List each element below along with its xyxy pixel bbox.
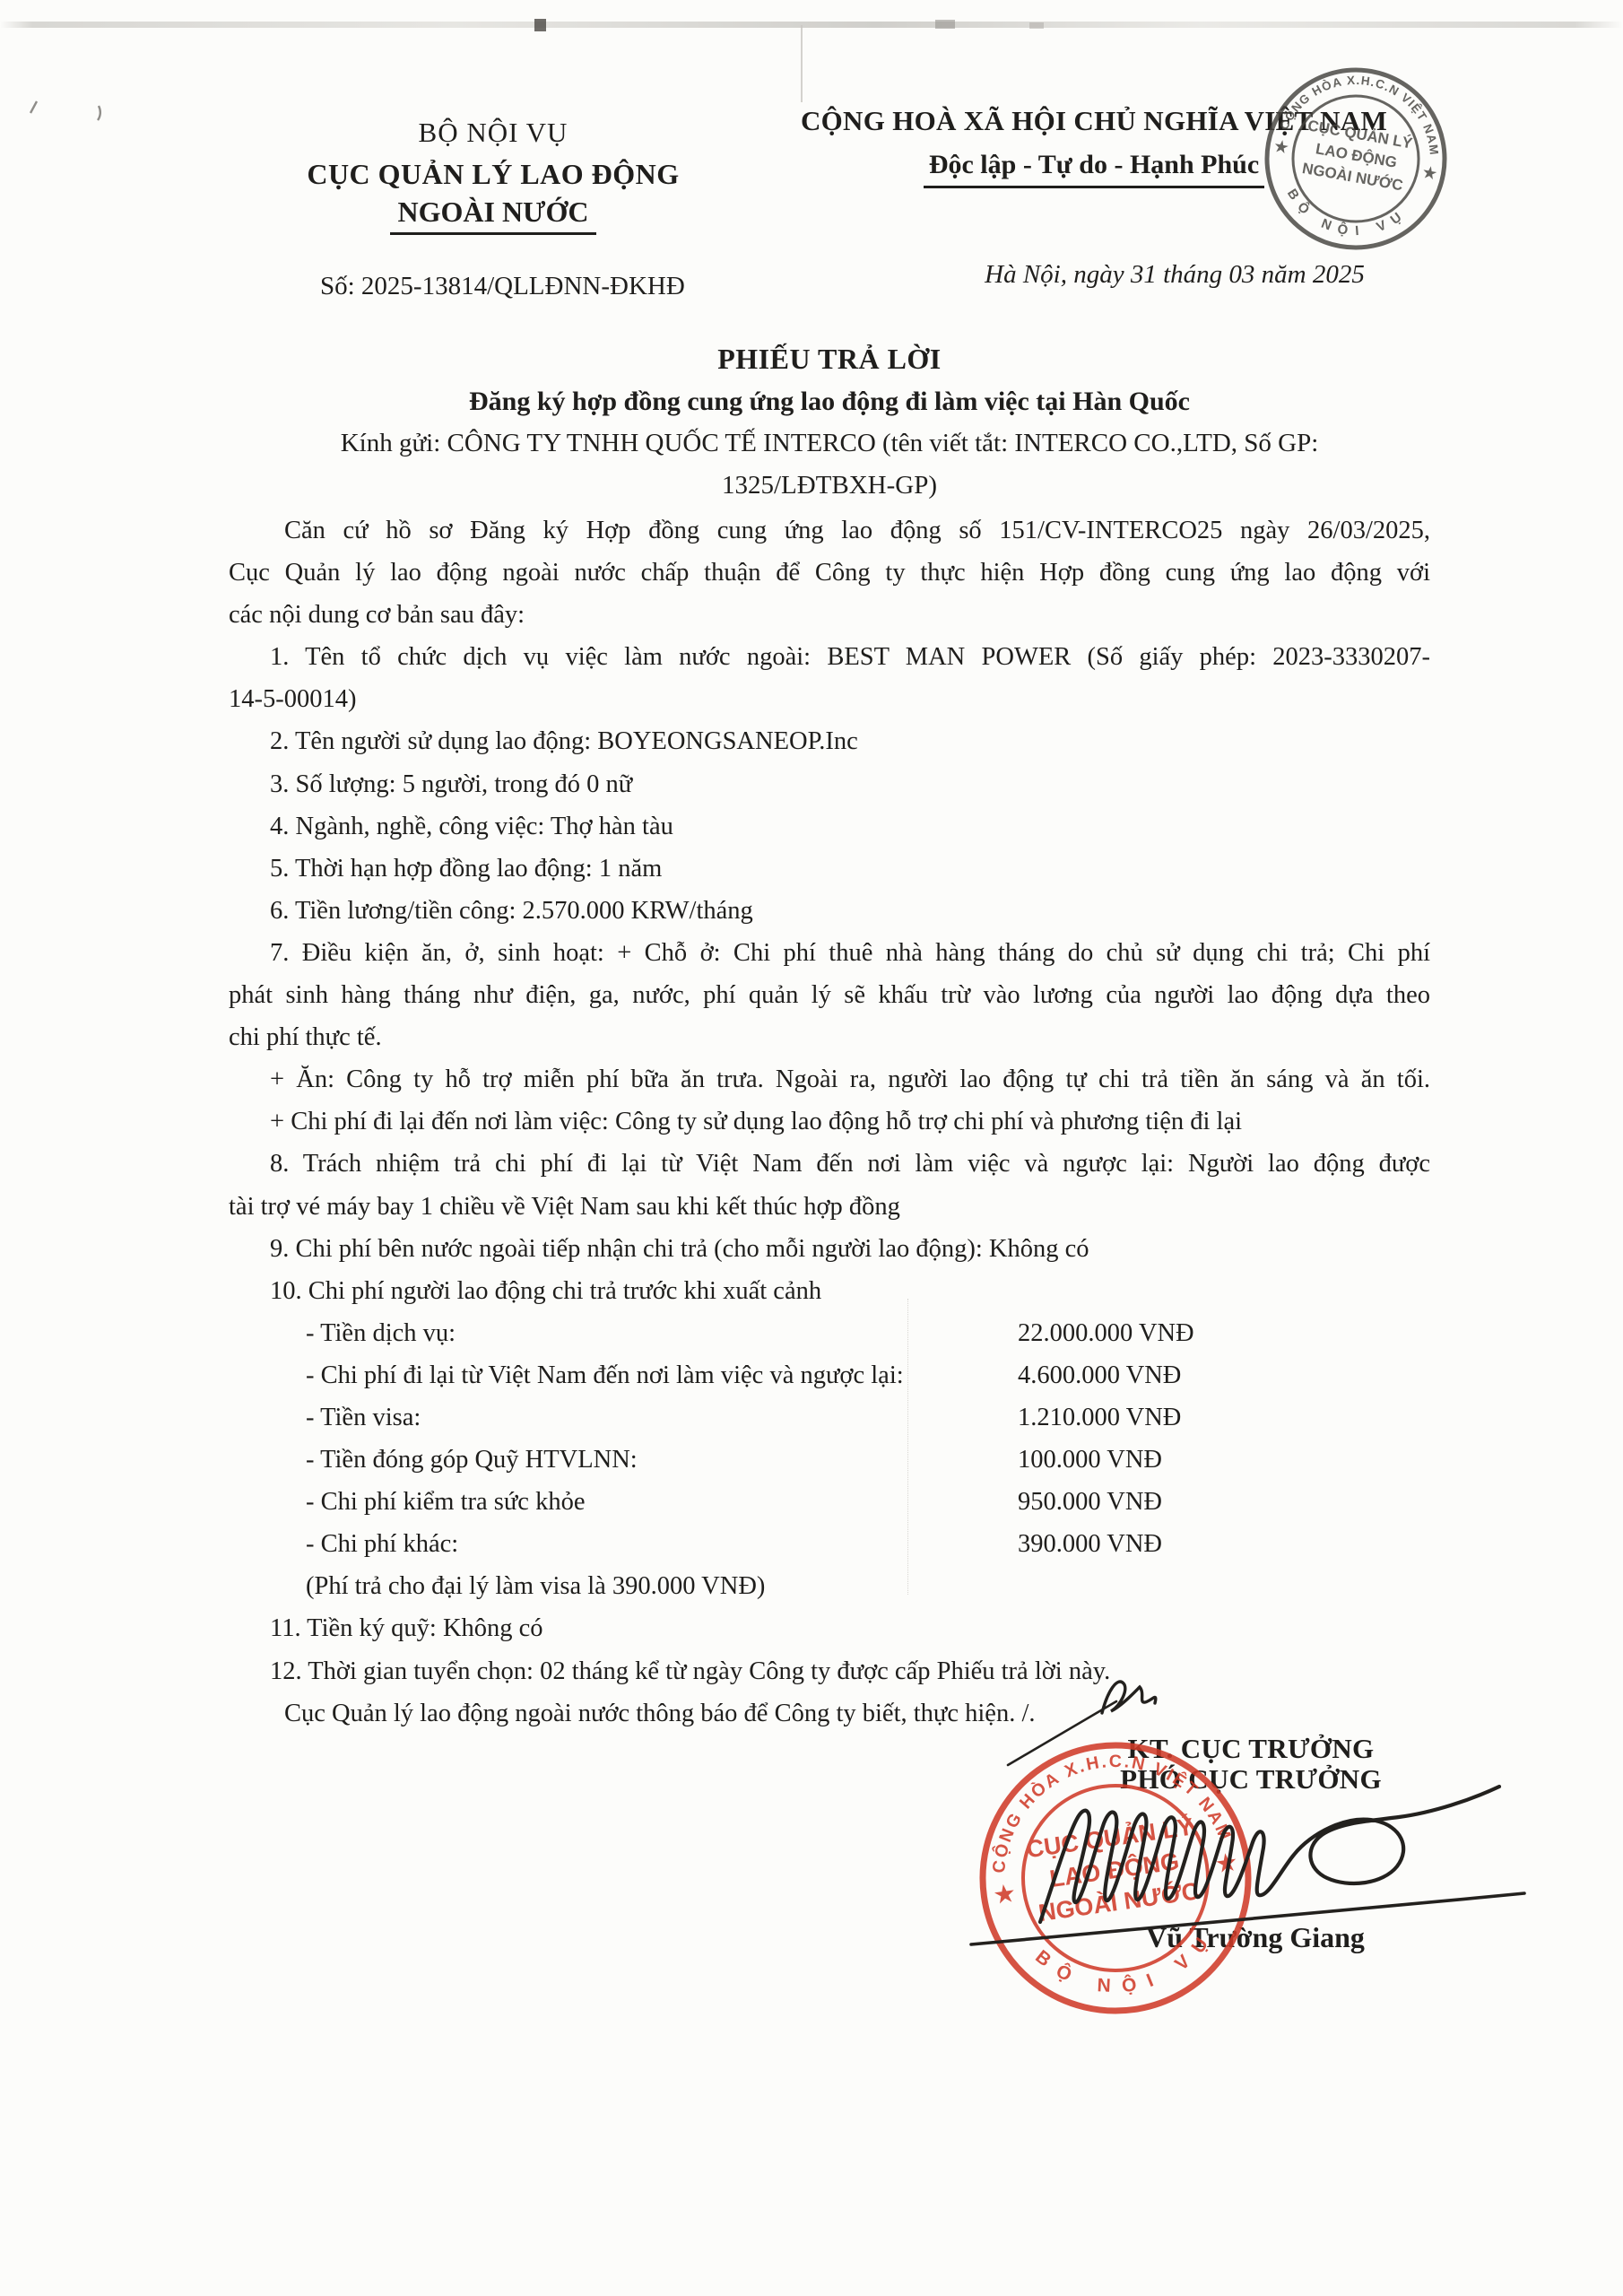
page-title: PHIẾU TRẢ LỜI bbox=[229, 338, 1430, 380]
fee-label: - Tiền dịch vụ: bbox=[229, 1319, 456, 1347]
fee-row: - Chi phí đi lại từ Việt Nam đến nơi làm… bbox=[229, 1354, 1430, 1396]
scan-artifact-line bbox=[801, 25, 803, 102]
stamp-star-icon: ★ bbox=[993, 1881, 1017, 1909]
body-line: 11. Tiền ký quỹ: Không có bbox=[229, 1607, 1430, 1649]
national-header-block: CỘNG HOÀ XÃ HỘI CHỦ NGHĨA VIỆT NAM Độc l… bbox=[776, 103, 1412, 191]
body-line: + Ăn: Công ty hỗ trợ miễn phí bữa ăn trư… bbox=[229, 1058, 1430, 1100]
fee-label: - Tiền đóng góp Quỹ HTVLNN: bbox=[229, 1446, 638, 1474]
signer-title-1: KT. CỤC TRƯỞNG bbox=[1058, 1734, 1444, 1764]
national-title: CỘNG HOÀ XÃ HỘI CHỦ NGHĨA VIỆT NAM bbox=[776, 103, 1412, 139]
stamp-arc-bottom-text: BỘ NỘI VỤ bbox=[1279, 185, 1413, 249]
stamp-center-line: LAO ĐỘNG bbox=[1047, 1847, 1180, 1892]
page-subtitle: Đăng ký hợp đồng cung ứng lao động đi là… bbox=[229, 380, 1430, 422]
fee-row: - Tiền visa: 1.210.000 VNĐ bbox=[229, 1396, 1430, 1439]
fee-value: 950.000 VNĐ bbox=[1018, 1481, 1162, 1523]
scan-artifact-smudge bbox=[534, 19, 546, 31]
body-line: + Chi phí đi lại đến nơi làm việc: Công … bbox=[229, 1100, 1430, 1143]
fee-label: - Chi phí kiểm tra sức khỏe bbox=[229, 1488, 585, 1516]
recipient-line: 1325/LĐTBXH-GP) bbox=[229, 465, 1430, 507]
body-line: 7. Điều kiện ăn, ở, sinh hoạt: + Chỗ ở: … bbox=[229, 932, 1430, 974]
body-line: 4. Ngành, nghề, công việc: Thợ hàn tàu bbox=[229, 805, 1430, 848]
body-line: chi phí thực tế. bbox=[229, 1016, 1430, 1058]
body-line: 14-5-00014) bbox=[229, 678, 1430, 720]
body-line: 10. Chi phí người lao động chi trả trước… bbox=[229, 1270, 1430, 1312]
recipient-line: Kính gửi: CÔNG TY TNHH QUỐC TẾ INTERCO (… bbox=[229, 422, 1430, 465]
scan-artifact-smudge bbox=[935, 20, 955, 29]
scan-artifact-speck bbox=[30, 101, 100, 120]
title-block: PHIẾU TRẢ LỜI Đăng ký hợp đồng cung ứng … bbox=[229, 338, 1430, 507]
signer-title-block: KT. CỤC TRƯỞNG PHÓ CỤC TRƯỞNG bbox=[1058, 1734, 1444, 1795]
fee-value: 22.000.000 VNĐ bbox=[1018, 1312, 1194, 1354]
fee-label: - Chi phí đi lại từ Việt Nam đến nơi làm… bbox=[229, 1361, 904, 1389]
body-line: 12. Thời gian tuyển chọn: 02 tháng kể từ… bbox=[229, 1650, 1430, 1692]
body-line: 8. Trách nhiệm trả chi phí đi lại từ Việ… bbox=[229, 1143, 1430, 1185]
signer-name: Vũ Trường Giang bbox=[1067, 1921, 1444, 1954]
body-line: 1. Tên tổ chức dịch vụ việc làm nước ngo… bbox=[229, 636, 1430, 678]
fee-label: - Tiền visa: bbox=[229, 1404, 421, 1431]
issue-date: Hà Nội, ngày 31 tháng 03 năm 2025 bbox=[933, 260, 1417, 290]
body-line: Cục Quản lý lao động ngoài nước thông bá… bbox=[229, 1692, 1430, 1735]
svg-text:BỘ NỘI VỤ: BỘ NỘI VỤ bbox=[1279, 185, 1413, 249]
fee-row: - Tiền dịch vụ: 22.000.000 VNĐ bbox=[229, 1312, 1430, 1354]
fee-row: - Chi phí kiểm tra sức khỏe 950.000 VNĐ bbox=[229, 1481, 1430, 1523]
stamp-star-icon: ★ bbox=[1215, 1849, 1239, 1877]
body-line: phát sinh hàng tháng như điện, ga, nước,… bbox=[229, 974, 1430, 1016]
national-motto: Độc lập - Tự do - Hạnh Phúc bbox=[924, 150, 1264, 188]
department-name-line1: CỤC QUẢN LÝ LAO ĐỘNG bbox=[278, 152, 708, 196]
signer-title-2: PHÓ CỤC TRƯỞNG bbox=[1058, 1764, 1444, 1795]
department-name-line2: NGOÀI NƯỚC bbox=[390, 196, 595, 235]
document-page: BỘ NỘI VỤ CỤC QUẢN LÝ LAO ĐỘNG NGOÀI NƯỚ… bbox=[0, 0, 1623, 2296]
fee-label: - Chi phí khác: bbox=[229, 1530, 458, 1558]
body-line: các nội dung cơ bản sau đây: bbox=[229, 594, 1430, 636]
body-line: 6. Tiền lương/tiền công: 2.570.000 KRW/t… bbox=[229, 890, 1430, 932]
issuing-agency-block: BỘ NỘI VỤ CỤC QUẢN LÝ LAO ĐỘNG NGOÀI NƯỚ… bbox=[278, 113, 708, 237]
scan-artifact-noise-band bbox=[0, 22, 1623, 28]
document-number: Số: 2025-13814/QLLĐNN-ĐKHĐ bbox=[320, 272, 685, 301]
body-line: Căn cứ hồ sơ Đăng ký Hợp đồng cung ứng l… bbox=[229, 509, 1430, 552]
stamp-star-icon: ★ bbox=[1421, 163, 1438, 182]
document-body: Căn cứ hồ sơ Đăng ký Hợp đồng cung ứng l… bbox=[229, 509, 1430, 1735]
fee-value: 4.600.000 VNĐ bbox=[1018, 1354, 1181, 1396]
fee-row: - Chi phí khác: 390.000 VNĐ bbox=[229, 1523, 1430, 1565]
fee-value: 1.210.000 VNĐ bbox=[1018, 1396, 1181, 1439]
body-line: 5. Thời hạn hợp đồng lao động: 1 năm bbox=[229, 848, 1430, 890]
body-line: 3. Số lượng: 5 người, trong đó 0 nữ bbox=[229, 763, 1430, 805]
fee-value: 100.000 VNĐ bbox=[1018, 1439, 1162, 1481]
body-line: Cục Quản lý lao động ngoài nước chấp thu… bbox=[229, 552, 1430, 594]
fee-value: 390.000 VNĐ bbox=[1018, 1523, 1162, 1565]
stamp-center-line: NGOÀI NƯỚC bbox=[1037, 1876, 1201, 1926]
ministry-name: BỘ NỘI VỤ bbox=[278, 113, 708, 152]
body-line: tài trợ vé máy bay 1 chiều về Việt Nam s… bbox=[229, 1186, 1430, 1228]
body-line: 9. Chi phí bên nước ngoài tiếp nhận chi … bbox=[229, 1228, 1430, 1270]
scan-artifact-smudge bbox=[1029, 22, 1044, 29]
fee-row: - Tiền đóng góp Quỹ HTVLNN: 100.000 VNĐ bbox=[229, 1439, 1430, 1481]
stamp-center-line: CỤC QUẢN LÝ bbox=[1025, 1812, 1195, 1864]
body-line: 2. Tên người sử dụng lao động: BOYEONGSA… bbox=[229, 720, 1430, 762]
fee-note: (Phí trả cho đại lý làm visa là 390.000 … bbox=[229, 1565, 1430, 1607]
